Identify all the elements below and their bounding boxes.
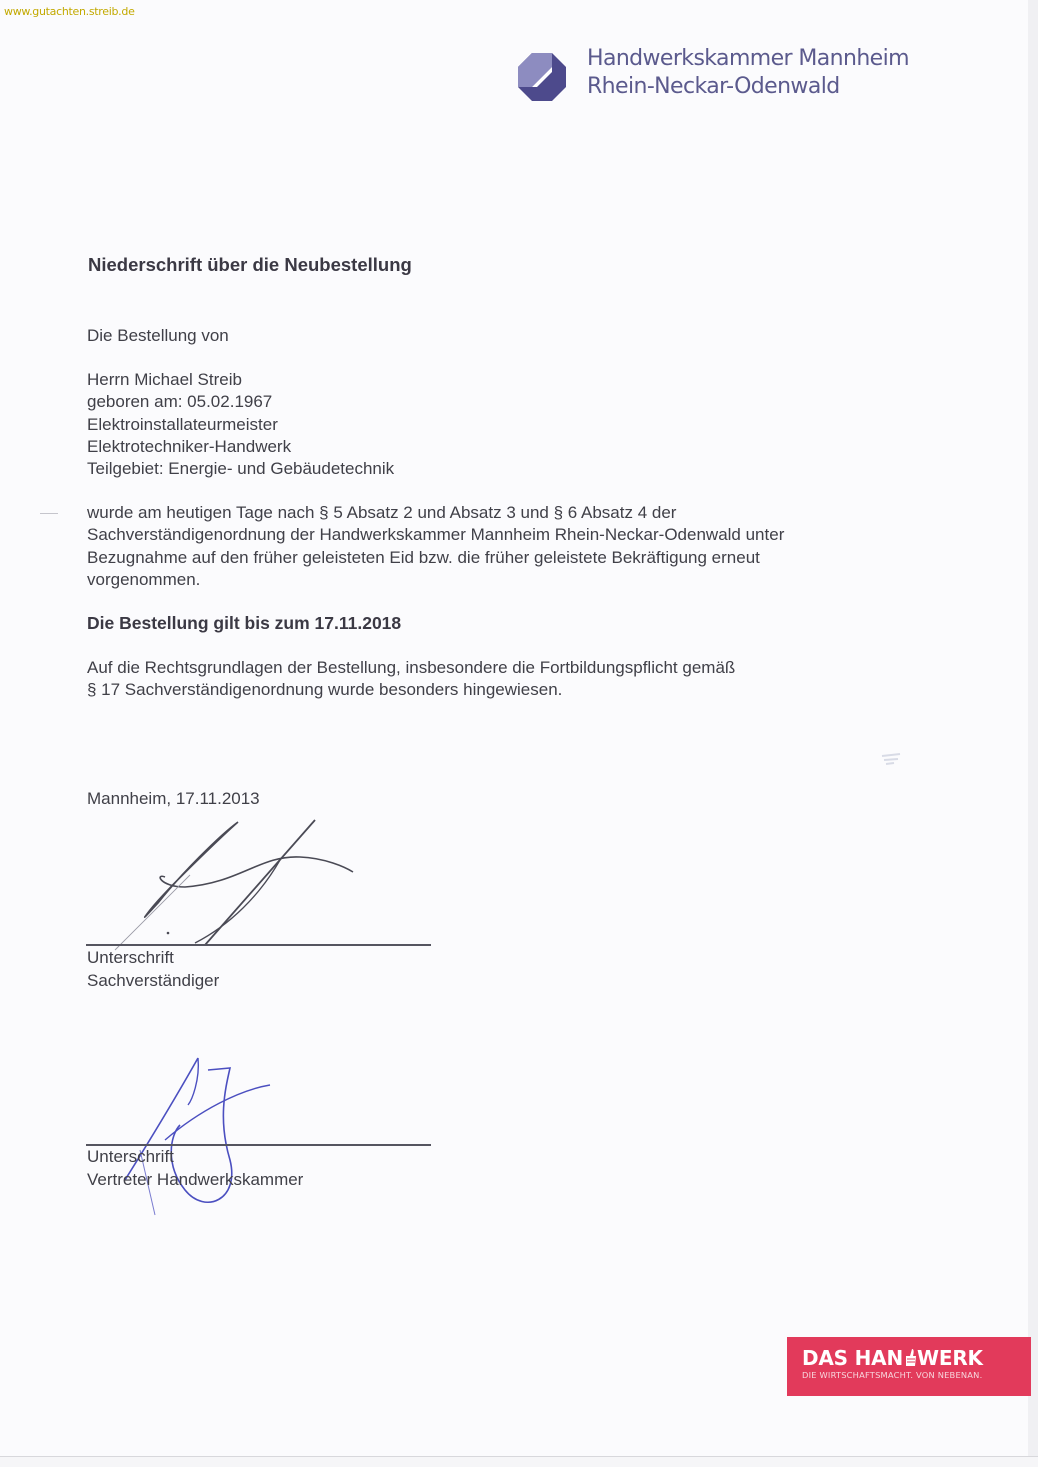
- signature-label-line: Unterschrift: [87, 1146, 303, 1169]
- person-qualification: Elektroinstallateurmeister: [87, 414, 394, 436]
- signature-role: Sachverständiger: [87, 970, 219, 993]
- org-line-2: Rhein-Neckar-Odenwald: [587, 73, 909, 101]
- chamber-signature: [110, 1050, 310, 1220]
- signature-line-expert: [86, 944, 431, 946]
- document-title: Niederschrift über die Neubestellung: [88, 254, 412, 276]
- legal-paragraph-line: § 17 Sachverständigenordnung wurde beson…: [87, 679, 847, 701]
- person-trade: Elektrotechniker-Handwerk: [87, 436, 394, 458]
- intro-text: Die Bestellung von: [87, 325, 229, 347]
- website-watermark: www.gutachten.streib.de: [4, 5, 135, 18]
- badge-title: DAS HANWERK: [802, 1347, 1031, 1369]
- person-name: Herrn Michael Streib: [87, 369, 394, 391]
- person-birthdate: geboren am: 05.02.1967: [87, 391, 394, 413]
- signature-role: Vertreter Handwerkskammer: [87, 1169, 303, 1192]
- validity-statement: Die Bestellung gilt bis zum 17.11.2018: [87, 612, 401, 634]
- hwk-octagon-logo-icon: [517, 52, 567, 102]
- person-subfield: Teilgebiet: Energie- und Gebäudetechnik: [87, 458, 394, 480]
- badge-title-right: WERK: [917, 1346, 983, 1370]
- scan-artifact: [880, 752, 902, 766]
- signature-label-expert: Unterschrift Sachverständiger: [87, 947, 219, 992]
- signature-label-line: Unterschrift: [87, 947, 219, 970]
- signature-label-chamber: Unterschrift Vertreter Handwerkskammer: [87, 1146, 303, 1191]
- legal-paragraph: Auf die Rechtsgrundlagen der Bestellung,…: [87, 657, 847, 702]
- badge-title-left: DAS HAN: [802, 1346, 903, 1370]
- main-paragraph-line: wurde am heutigen Tage nach § 5 Absatz 2…: [87, 502, 907, 524]
- legal-paragraph-line: Auf die Rechtsgrundlagen der Bestellung,…: [87, 657, 847, 679]
- badge-subtitle: DIE WIRTSCHAFTSMACHT. VON NEBENAN.: [802, 1370, 1031, 1380]
- main-paragraph-line: Bezugnahme auf den früher geleisteten Ei…: [87, 547, 907, 569]
- place-and-date: Mannheim, 17.11.2013: [87, 788, 260, 810]
- org-line-1: Handwerkskammer Mannheim: [587, 45, 909, 73]
- scan-edge-bottom: [0, 1456, 1038, 1467]
- main-paragraph: wurde am heutigen Tage nach § 5 Absatz 2…: [87, 502, 907, 591]
- margin-mark: [40, 513, 58, 514]
- das-handwerk-badge: DAS HANWERK DIE WIRTSCHAFTSMACHT. VON NE…: [787, 1337, 1031, 1396]
- main-paragraph-line: vorgenommen.: [87, 569, 907, 591]
- main-paragraph-line: Sachverständigenordnung der Handwerkskam…: [87, 524, 907, 546]
- scan-edge: [1028, 0, 1038, 1467]
- organization-name: Handwerkskammer Mannheim Rhein-Neckar-Od…: [587, 45, 909, 101]
- thumbs-up-icon: [903, 1348, 917, 1368]
- person-details: Herrn Michael Streib geboren am: 05.02.1…: [87, 369, 394, 480]
